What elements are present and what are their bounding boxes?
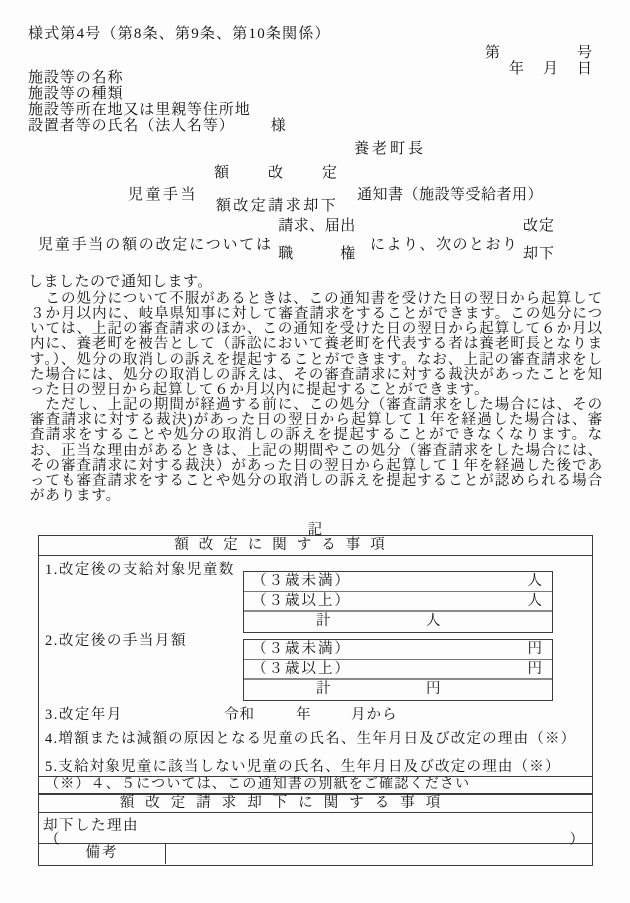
attachment-note: （※）４、５については、この通知書の別紙をご確認ください (39, 776, 592, 793)
notification-form-page: 様式第4号（第8条、第9条、第10条関係） 第 号 年 月 日 施設等の名称 施… (0, 0, 630, 903)
rejection-reason-row: 却下した理由 （ ） (39, 813, 592, 844)
form-number-label: 様式第4号（第8条、第9条、第10条関係） (28, 22, 331, 43)
lead-result-revised: 改定 (520, 219, 558, 234)
lead-sentence-middle: により、次のとおり (370, 233, 519, 254)
date-month-label: 月 (543, 57, 558, 78)
item1-child-count-label: 1.改定後の支給対象児童数 (45, 558, 235, 579)
founder-name-label: 設置者等の氏名（法人名等） (28, 118, 235, 134)
lead-basis-request: 請求、届出 (276, 219, 358, 234)
lead-basis-authority: 職 権 (276, 247, 358, 262)
title-option-rejection: 額改定請求却下 (202, 198, 352, 214)
title-child-allowance: 児童手当 (128, 183, 198, 204)
title-option-stack: 額 改 定 額改定請求却下 (202, 165, 352, 214)
unit-yen: 円 (426, 680, 441, 699)
lead-closing-sentence: しましたので通知します。 (28, 270, 213, 291)
appeal-paragraph-1: この処分について不服があるときは、この通知書を受けた日の翌日から起算して３か月以… (30, 292, 603, 398)
rejection-table-header: 額改定請求却下に関する事項 (39, 795, 592, 813)
revision-table-header: 額改定に関する事項 (39, 536, 592, 556)
child-count-subtable: （３歳未満） 人 （３歳以上） 人 計 人 (243, 571, 553, 633)
remarks-label: 備考 (39, 844, 166, 864)
unit-yen: 円 (528, 640, 543, 659)
year-label: 年 (296, 703, 311, 724)
under3-label: （３歳未満） (252, 641, 351, 657)
lead-basis-stack: 請求、届出 職 権 (276, 219, 358, 262)
over3-label: （３歳以上） (252, 593, 351, 609)
over3-label: （３歳以上） (252, 661, 351, 677)
facility-name-label: 施設等の名称 (28, 70, 287, 86)
date-day-label: 日 (577, 57, 592, 78)
lead-result-stack: 改定 却下 (520, 219, 558, 262)
date-year-label: 年 (509, 57, 524, 78)
table-total-row: 計 円 (244, 680, 552, 700)
remarks-value-cell (166, 844, 592, 864)
item4-increase-reason-label: 4.増額または減額の原因となる児童の氏名、生年月日及び改定の理由（※） (45, 727, 576, 748)
issuer-mayor-label: 養老町長 (354, 137, 426, 158)
remarks-row: 備考 (39, 844, 592, 864)
month-from-label: 月から (351, 703, 398, 724)
founder-name-line: 設置者等の氏名（法人名等）様 (28, 118, 287, 134)
facility-type-label: 施設等の種類 (28, 86, 287, 102)
table-row: （３歳以上） 人 (244, 592, 552, 612)
unit-persons: 人 (528, 592, 543, 611)
title-option-revision: 額 改 定 (202, 165, 352, 181)
total-label: 計 (316, 612, 331, 631)
table-row: （３歳未満） 人 (244, 572, 552, 592)
under3-label: （３歳未満） (252, 573, 351, 589)
title-notice-suffix: 通知書（施設等受給者用） (357, 183, 543, 204)
rejection-details-table: 額改定請求却下に関する事項 却下した理由 （ ） 備考 (38, 794, 593, 866)
revision-details-table: 額改定に関する事項 1.改定後の支給対象児童数 （３歳未満） 人 （３歳以上） … (38, 535, 593, 794)
unit-persons: 人 (426, 612, 441, 631)
honorific-sama: 様 (271, 118, 287, 134)
item3-revision-date-row: 3.改定年月 令和 年 月から (39, 703, 592, 719)
facility-address-label: 施設等所在地又は里親等住所地 (28, 102, 287, 118)
recipient-block: 施設等の名称 施設等の種類 施設等所在地又は里親等住所地 設置者等の氏名（法人名… (28, 70, 287, 134)
table-row: （３歳未満） 円 (244, 640, 552, 660)
item5-ineligible-reason-label: 5.支給対象児童に該当しない児童の氏名、生年月日及び改定の理由（※） (45, 755, 561, 776)
appeal-instructions: この処分について不服があるときは、この通知書を受けた日の翌日から起算して３か月以… (30, 292, 603, 504)
appeal-paragraph-2: ただし、上記の期間が経過する前に、この処分（審査請求をした場合には、その審査請求… (30, 398, 603, 504)
unit-persons: 人 (528, 572, 543, 591)
era-reiwa-label: 令和 (224, 703, 255, 724)
item3-label: 3.改定年月 (45, 703, 123, 724)
monthly-amount-subtable: （３歳未満） 円 （３歳以上） 円 計 円 (243, 639, 553, 701)
doc-number-prefix: 第 (485, 41, 500, 62)
table-total-row: 計 人 (244, 612, 552, 632)
table-row: （３歳以上） 円 (244, 660, 552, 680)
item2-monthly-amount-label: 2.改定後の手当月額 (45, 629, 187, 650)
total-label: 計 (316, 680, 331, 699)
lead-sentence-start: 児童手当の額の改定については (38, 233, 273, 254)
unit-yen: 円 (528, 660, 543, 679)
lead-result-rejected: 却下 (520, 247, 558, 262)
